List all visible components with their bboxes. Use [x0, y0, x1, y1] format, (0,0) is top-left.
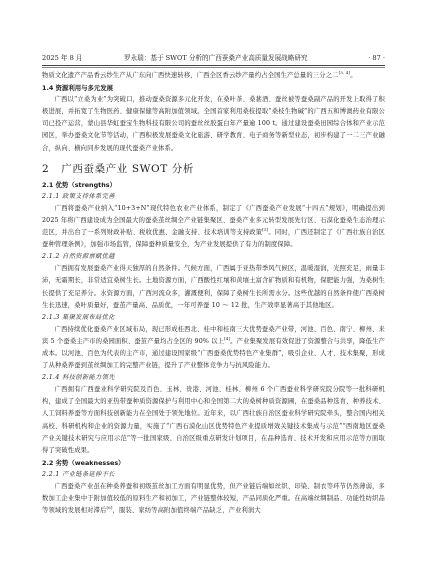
paragraph-continued: 物质文化遗产产品香云纱生产从广东向广西快速转移，广西全区香云纱产量约占全国生产总… [42, 70, 385, 82]
citation[interactable]: [3, 4] [339, 70, 351, 75]
chapter-heading-2: 2广西蚕桑产业 SWOT 分析 [42, 161, 385, 177]
subsection-heading-2-1-1: 2.1.1 政策支持体系完善 [42, 191, 385, 203]
section-heading-2-2: 2.2 劣势（weaknesses） [42, 457, 385, 469]
section-heading-2-1: 2.1 优势（strengths） [42, 179, 385, 191]
paragraph: 广西将蚕桑产业纳入“10+3+N”现代特色农业产业体系，制定了《广西蚕桑产业发展… [42, 203, 385, 251]
paragraph: 广西蚕桑产业虽在种桑养蚕和初级茧丝加工方面有明显优势，但产业链后端如丝织、印染、… [42, 481, 385, 517]
header-rule [42, 65, 385, 66]
paragraph: 广西持续优化蚕桑产业区域布局，现已形成桂西北、桂中和桂南三大优势蚕桑产业带，河池… [42, 324, 385, 372]
subsection-heading-2-2-1: 2.2.1 产业链条延伸不长 [42, 469, 385, 481]
subsection-heading-2-1-4: 2.1.4 科技创新能力领先 [42, 372, 385, 384]
paragraph: 广西以“立桑为业”为突破口，推动蚕桑资源多元化开发，在桑叶茶、桑葚酒、蚕丝被等蚕… [42, 94, 385, 154]
article-running-title: 罗永瑞：基于 SWOT 分析的广西蚕桑产业高质量发展战略研究 [124, 52, 308, 64]
article-body: 物质文化遗产产品香云纱生产从广东向广西快速转移，广西全区香云纱产量约占全国生产总… [42, 70, 385, 517]
issue-date: 2025 年 8 月 [42, 52, 82, 64]
subsection-heading-2-1-3: 2.1.3 集聚发展布局优化 [42, 312, 385, 324]
paragraph: 广西拥有发展蚕桑产业得天独厚的自然条件。气候方面，广西属于亚热带季风气候区，温暖… [42, 263, 385, 311]
running-head: 2025 年 8 月 罗永瑞：基于 SWOT 分析的广西蚕桑产业高质量发展战略研… [42, 52, 385, 64]
paragraph: 广西拥有广西蚕业科学研究院及百色、玉林、贵港、河池、桂林、柳州 6 个广西蚕业科… [42, 384, 385, 457]
section-heading-1-4: 1.4 资源利用与多元发展 [42, 82, 385, 94]
header-rule-thin [42, 67, 385, 68]
page-number: · 87 · [368, 52, 385, 64]
subsection-heading-2-1-2: 2.1.2 自然资源禀赋优越 [42, 251, 385, 263]
